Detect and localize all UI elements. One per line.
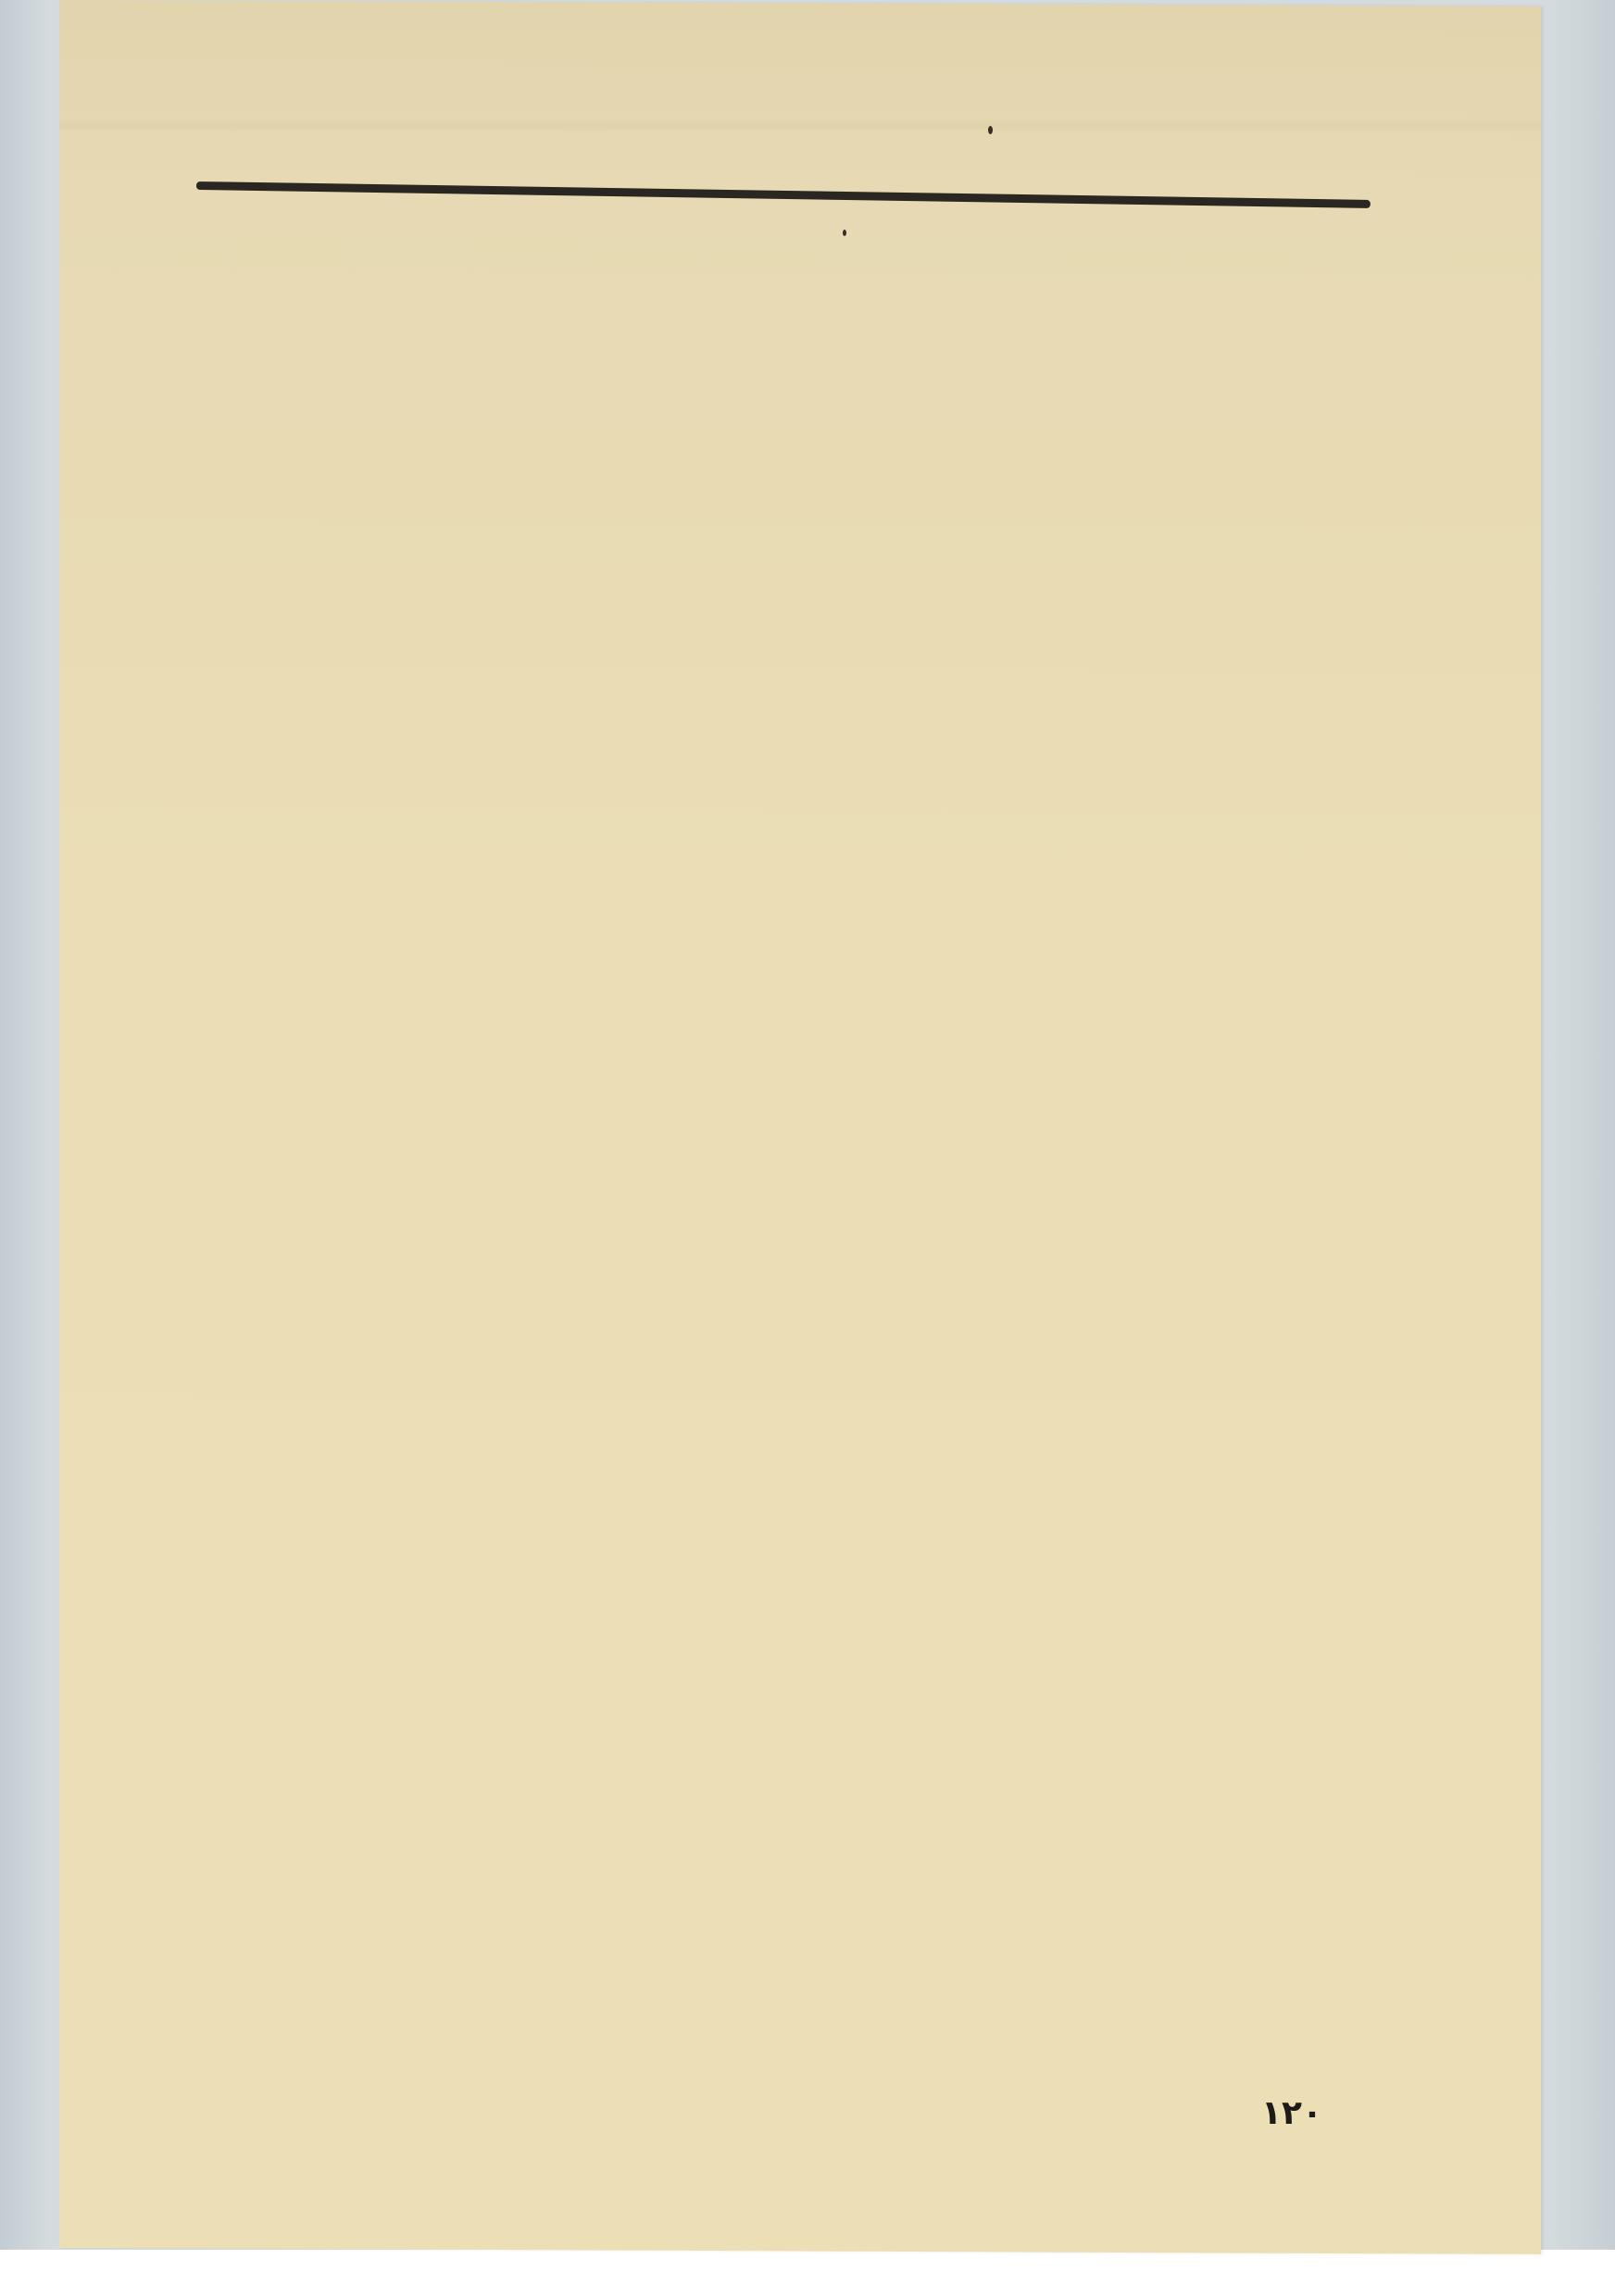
page-fold-shadow (59, 119, 1541, 131)
image-margin (0, 2250, 1615, 2296)
scanned-page (59, 0, 1541, 2254)
ink-speck (843, 230, 846, 236)
ink-speck (988, 126, 993, 134)
page-number: ۱۲۰ (1261, 2094, 1322, 2132)
